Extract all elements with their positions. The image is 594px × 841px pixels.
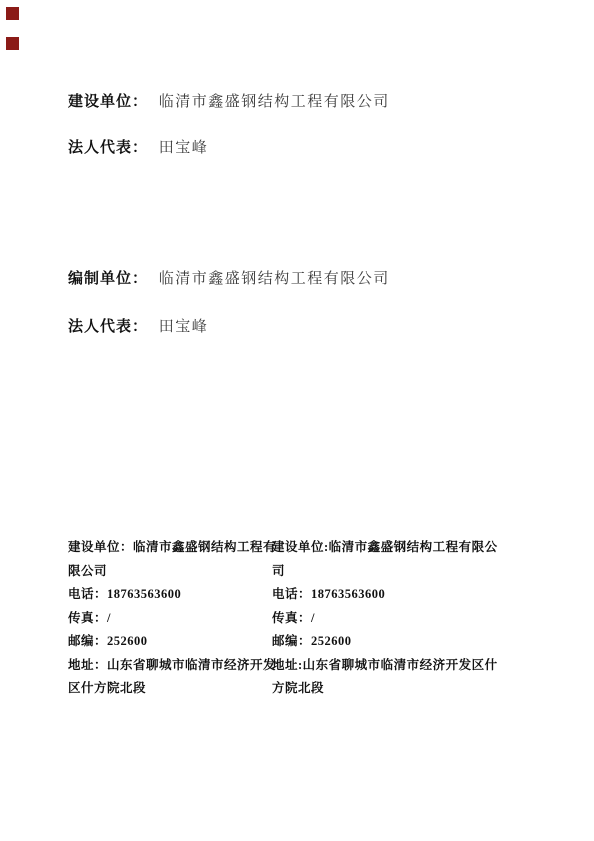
fax-line: 传真：/ bbox=[272, 607, 496, 631]
legal-representative-line: 法人代表： 田宝峰 bbox=[68, 315, 208, 336]
contact-line: 建设单位：临清市鑫盛钢结构工程有 bbox=[68, 536, 274, 560]
compiling-unit-line: 编制单位： 临清市鑫盛钢结构工程有限公司 bbox=[68, 267, 390, 288]
phone-line: 电话：18763563600 bbox=[272, 583, 496, 607]
address-line: 方院北段 bbox=[272, 677, 496, 701]
address-line: 地址:山东省聊城市临清市经济开发区什 bbox=[272, 654, 496, 678]
phone-line: 电话：18763563600 bbox=[68, 583, 274, 607]
contact-line: 建设单位:临清市鑫盛钢结构工程有限公 bbox=[272, 536, 496, 560]
fax-line: 传真：/ bbox=[68, 607, 274, 631]
contact-line: 司 bbox=[272, 560, 496, 584]
address-line: 区什方院北段 bbox=[68, 677, 274, 701]
contact-line: 限公司 bbox=[68, 560, 274, 584]
construction-unit-value: 临清市鑫盛钢结构工程有限公司 bbox=[159, 94, 390, 110]
legal-representative-line: 法人代表： 田宝峰 bbox=[68, 136, 208, 157]
red-square-icon bbox=[6, 37, 19, 50]
legal-representative-value: 田宝峰 bbox=[159, 140, 209, 156]
address-line: 地址：山东省聊城市临清市经济开发 bbox=[68, 654, 274, 678]
contact-info-right-column: 建设单位:临清市鑫盛钢结构工程有限公 司 电话：18763563600 传真：/… bbox=[272, 536, 496, 701]
document-page: 建设单位： 临清市鑫盛钢结构工程有限公司 法人代表： 田宝峰 编制单位： 临清市… bbox=[0, 0, 594, 841]
contact-info-left-column: 建设单位：临清市鑫盛钢结构工程有 限公司 电话：18763563600 传真：/… bbox=[68, 536, 274, 701]
legal-representative-label: 法人代表： bbox=[68, 319, 148, 335]
postcode-line: 邮编：252600 bbox=[68, 630, 274, 654]
construction-unit-line: 建设单位： 临清市鑫盛钢结构工程有限公司 bbox=[68, 90, 390, 111]
legal-representative-label: 法人代表： bbox=[68, 140, 148, 156]
postcode-line: 邮编：252600 bbox=[272, 630, 496, 654]
compiling-unit-value: 临清市鑫盛钢结构工程有限公司 bbox=[159, 271, 390, 287]
construction-unit-label: 建设单位： bbox=[68, 94, 148, 110]
red-square-icon bbox=[6, 7, 19, 20]
compiling-unit-label: 编制单位： bbox=[68, 271, 148, 287]
legal-representative-value: 田宝峰 bbox=[159, 319, 209, 335]
